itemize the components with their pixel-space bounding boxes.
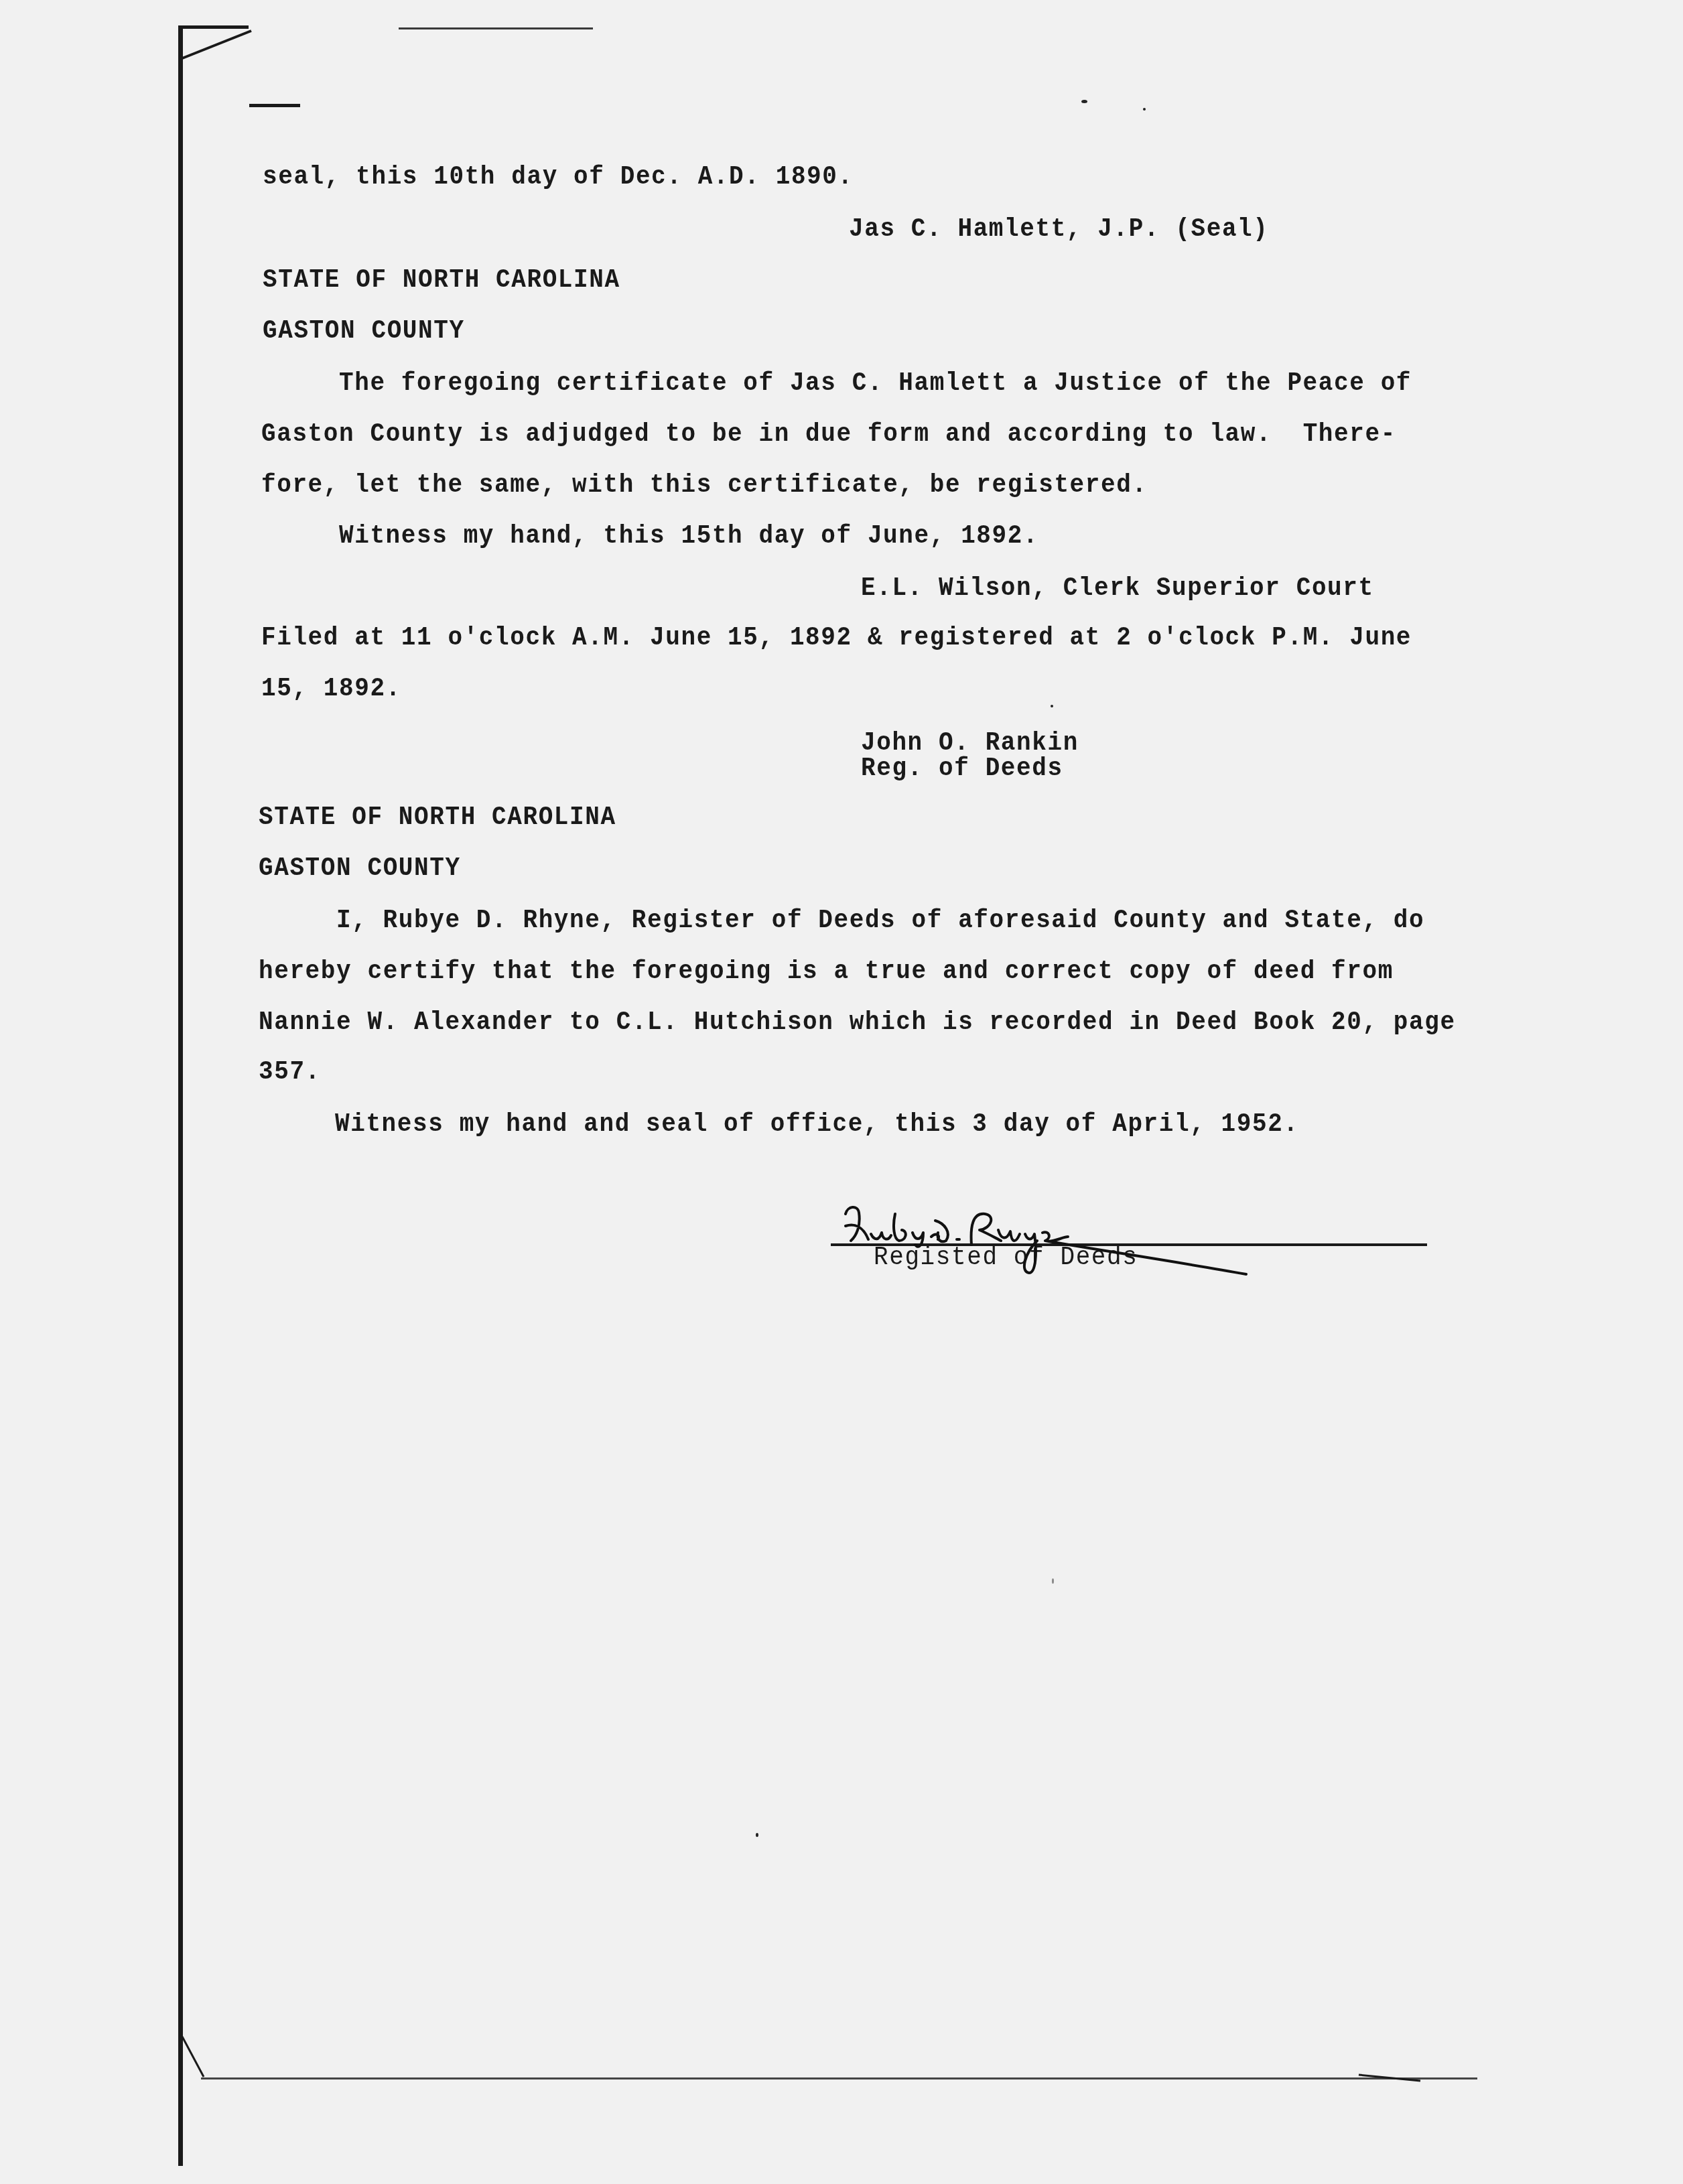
handwritten-signature bbox=[0, 0, 1683, 2184]
scan-speck bbox=[1052, 1578, 1054, 1584]
document-page: seal, this 10th day of Dec. A.D. 1890. J… bbox=[0, 0, 1683, 2184]
scan-speck bbox=[1051, 705, 1053, 707]
scan-speck bbox=[756, 1833, 758, 1837]
